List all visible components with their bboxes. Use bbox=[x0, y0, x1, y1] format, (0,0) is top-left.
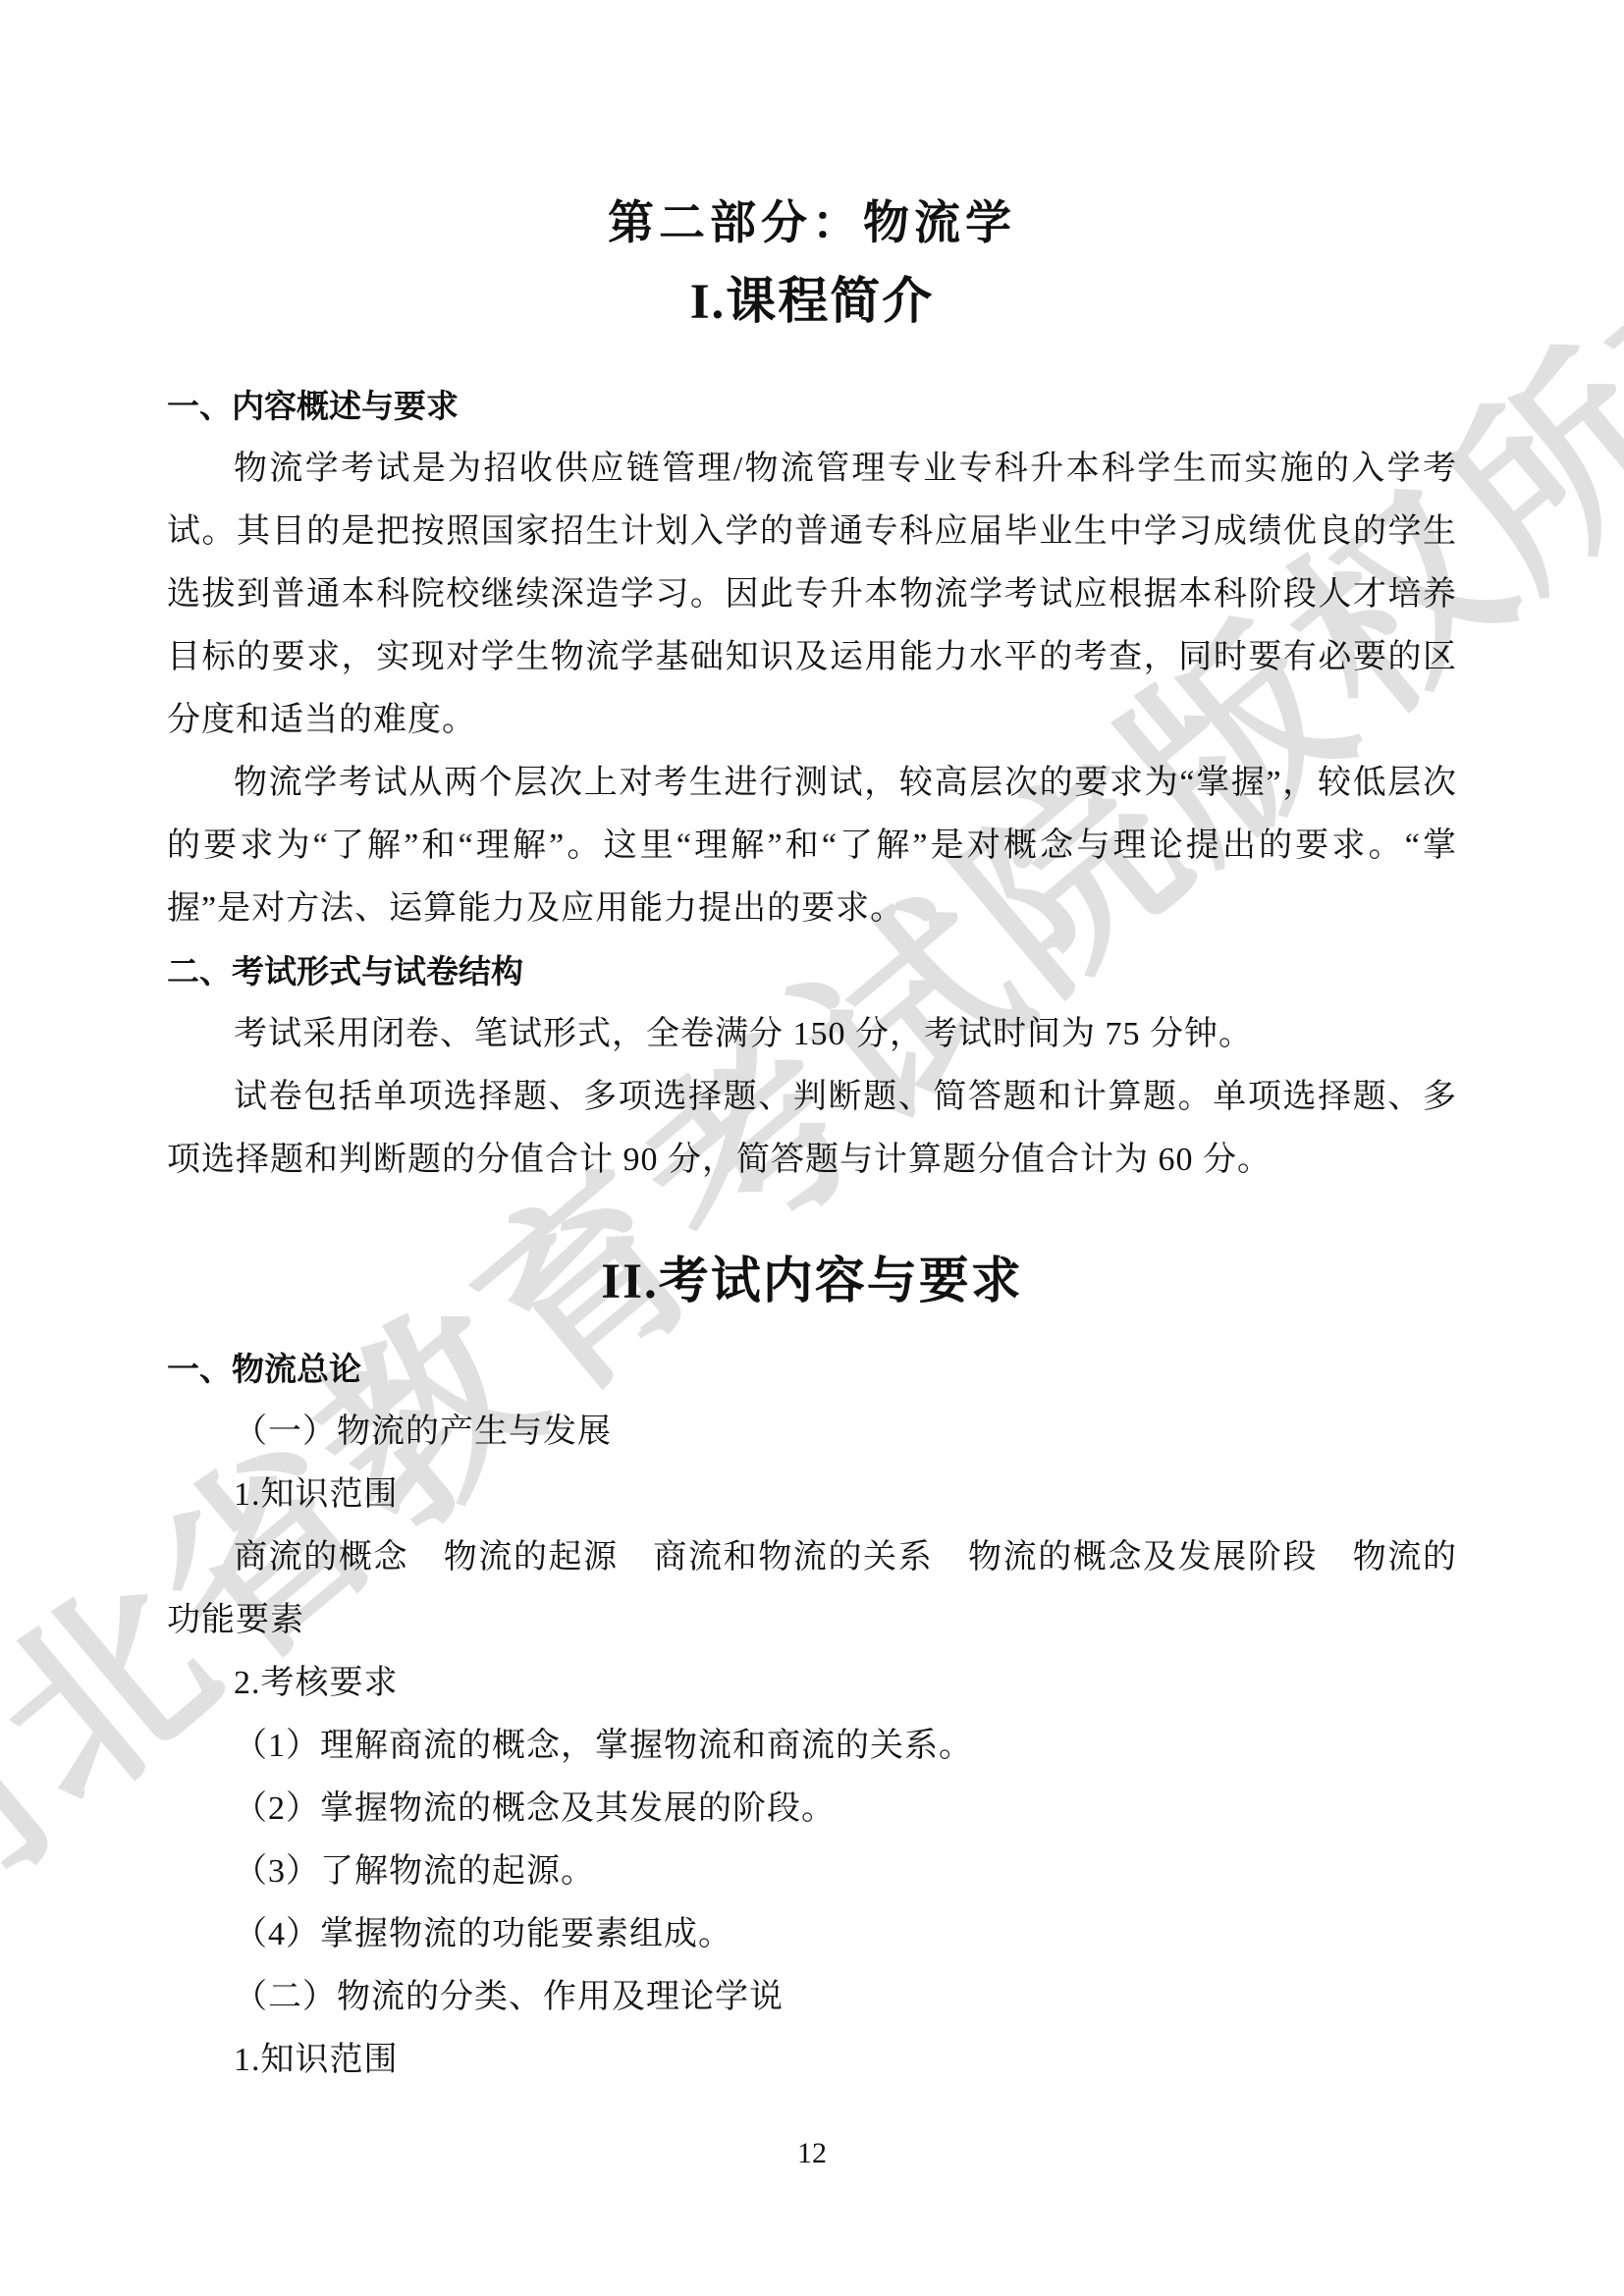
document-page: 河北省教育考试院版权所有 第二部分：物流学 I.课程简介 一、内容概述与要求 物… bbox=[0, 0, 1624, 2296]
outline-line: 2.考核要求 bbox=[167, 1652, 1457, 1715]
outline-line: （一）物流的产生与发展 bbox=[167, 1401, 1457, 1464]
exam-content-title: II.考试内容与要求 bbox=[167, 1253, 1457, 1312]
overview-heading: 一、内容概述与要求 bbox=[167, 375, 1457, 438]
outline-line: 1.知识范围 bbox=[167, 1464, 1457, 1526]
page-content: 第二部分：物流学 I.课程简介 一、内容概述与要求 物流学考试是为招收供应链管理… bbox=[0, 0, 1624, 2092]
outline-line: （二）物流的分类、作用及理论学说 bbox=[167, 1966, 1457, 2029]
outline-line: 商流的概念 物流的起源 商流和物流的关系 物流的概念及发展阶段 物流的功能要素 bbox=[167, 1526, 1457, 1652]
outline-line: （3）了解物流的起源。 bbox=[167, 1841, 1457, 1903]
page-number: 12 bbox=[0, 2137, 1624, 2170]
chapter-heading-logistics-overview: 一、物流总论 bbox=[167, 1338, 1457, 1401]
overview-paragraph-1: 物流学考试是为招收供应链管理/物流管理专业专科升本科学生而实施的入学考试。其目的… bbox=[167, 438, 1457, 752]
overview-paragraph-2: 物流学考试从两个层次上对考生进行测试，较高层次的要求为“掌握”，较低层次的要求为… bbox=[167, 752, 1457, 940]
format-paragraph-1: 考试采用闭卷、笔试形式，全卷满分 150 分，考试时间为 75 分钟。 bbox=[167, 1003, 1457, 1066]
part-title: 第二部分：物流学 bbox=[167, 0, 1457, 251]
outline-line: （2）掌握物流的概念及其发展的阶段。 bbox=[167, 1778, 1457, 1841]
format-paragraph-2: 试卷包括单项选择题、多项选择题、判断题、简答题和计算题。单项选择题、多项选择题和… bbox=[167, 1066, 1457, 1192]
outline-line: 1.知识范围 bbox=[167, 2029, 1457, 2092]
format-heading: 二、考试形式与试卷结构 bbox=[167, 940, 1457, 1003]
outline-line: （4）掌握物流的功能要素组成。 bbox=[167, 1903, 1457, 1966]
course-intro-title: I.课程简介 bbox=[167, 273, 1457, 333]
outline-line: （1）理解商流的概念，掌握物流和商流的关系。 bbox=[167, 1715, 1457, 1778]
